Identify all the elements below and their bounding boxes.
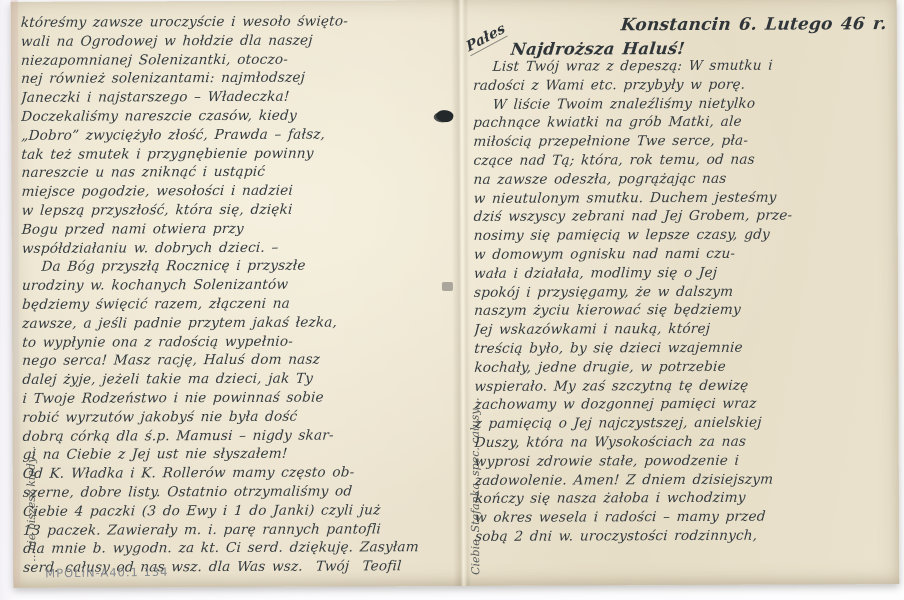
letter-line: miłością przepełnione Twe serce, pła- [473,131,894,152]
letter-line: tak też smutek i przygnębienie powinny [21,144,452,165]
letter-line: gi na Ciebie z Jej ust nie słyszałem! [22,444,453,465]
letter-line: nej również solenizantami: najmłodszej [20,68,451,89]
letter-line: sobą 2 dni w. uroczystości rodzinnych, [474,526,895,547]
letter-line: spokój i przysięgamy, że w dalszym [473,282,894,303]
letter-line: „Dobro” zwyciężyło złość, Prawda – fałsz… [21,125,452,146]
letter-line: w nieutulonym smutku. Duchem jesteśmy [473,188,894,209]
left-page-text-block: któreśmy zawsze uroczyście i wesoło świę… [21,12,453,578]
letter-line: zachowamy w dozgonnej pamięci wraz [474,394,895,415]
dateline: Konstancin 6. Lutego 46 r. [620,14,888,35]
letter-line: zadowolenie. Amen! Z dniem dzisiejszym [474,470,895,491]
letter-line: robić wyrzutów jakobyś nie była dość [22,407,453,428]
letter-line: 13 paczek. Zawierały m. i. parę rannych … [22,520,453,541]
diagonal-annotation: Pałes [464,20,508,56]
letter-line: wała i działała, modlimy się o Jej [473,263,894,284]
letter-line: to wypłynie ona z radością wypełnio- [22,332,453,353]
letter-line: Duszy, która na Wysokościach za nas [474,432,895,453]
right-margin-vertical-note: Ciebie, Stefanka, spec. całusy… [468,397,482,575]
letter-line: dziś wszyscy zebrani nad Jej Grobem, prz… [473,206,894,227]
letter-line: kończy się nasza żałoba i wchodzimy [474,488,895,509]
letter-line: Bogu przed nami otwiera przy [21,219,452,240]
letter-page-left: któreśmy zawsze uroczyście i wesoło świę… [21,0,454,588]
letter-line: któreśmy zawsze uroczyście i wesoło świę… [20,12,451,33]
left-margin-vertical-note: …nie piszesz kiedy… [25,446,39,562]
letter-line: Doczekaliśmy nareszcie czasów, kiedy [21,106,452,127]
letter-line: nosimy się pamięcią w lepsze czasy, gdy [473,225,894,246]
letter-line: dalej żyje, jeżeli takie ma dzieci, jak … [22,369,453,390]
salutation: Najdroższa Haluś! [510,39,686,59]
letter-line: szerne, dobre listy. Ostatnio otrzymaliś… [22,482,453,503]
letter-line: współdziałaniu w. dobrych dzieci. – [21,238,452,259]
letter-line: na zawsze odeszła, pogrążając nas [473,169,894,190]
letter-line: w lepszą przyszłość, która się, dzięki [21,200,452,221]
letter-line: naszym życiu kierować się będziemy [473,300,894,321]
letter-line: i Twoje Rodzeństwo i nie powinnaś sobie [22,388,453,409]
letter-line: radości z Wami etc. przybyły w porę. [472,75,893,96]
letter-line: Da Bóg przyszłą Rocznicę i przyszłe [21,256,452,277]
letter-line: niezapomnianej Solenizantki, otoczo- [20,50,451,71]
letter-line: Od K. Władka i K. Rollerów mamy często o… [22,463,453,484]
pencil-smudge [442,282,453,291]
letter-line: dobrą córką dla ś.p. Mamusi – nigdy skar… [22,426,453,447]
letter-line: Janeczki i najstarszego – Władeczka! [21,87,452,108]
letter-line: kochały, jedne drugie, w potrzebie [474,357,895,378]
letter-line: List Twój wraz z depeszą: W smutku i [472,56,893,77]
letter-line: z pamięcią o Jej najczystszej, anielskie… [474,413,895,434]
right-page-text-block: List Twój wraz z depeszą: W smutku irado… [473,56,895,547]
letter-line: dla mnie b. wygodn. za kt. Ci serd. dzię… [22,538,453,559]
letter-line: pachnące kwiatki na grób Matki, ale [473,112,894,133]
letter-line: nego serca! Masz rację, Haluś dom nasz [22,350,453,371]
letter-line: zawsze, a jeśli padnie przytem jakaś łez… [22,313,453,334]
letter-line: wali na Ogrodowej w hołdzie dla naszej [20,31,451,52]
letter-page-right: Konstancin 6. Lutego 46 r. Pałes Najdroż… [473,0,896,586]
letter-line: nareszcie u nas zniknąć i ustąpić [21,162,452,183]
letter-line: W liście Twoim znaleźliśmy nietylko [473,94,894,115]
letter-line: miejsce pogodzie, wesołości i nadziei [21,181,452,202]
letter-line: urodziny w. kochanych Solenizantów [21,275,452,296]
archive-reference-mark: MPOLIN-A40.1 134 [45,565,168,581]
letter-line: czące nad Tą; która, rok temu, od nas [473,150,894,171]
letter-line: będziemy święcić razem, złączeni na [21,294,452,315]
letter-line: w domowym ognisku nad nami czu- [473,244,894,265]
letter-line: wspierało. My zaś szczytną tę dewizę [474,376,895,397]
letter-line: wyprosi zdrowie stałe, powodzenie i [474,451,895,472]
letter-line: Ciebie 4 paczki (3 do Ewy i 1 do Janki) … [22,501,453,522]
letter-sheet: któreśmy zawsze uroczyście i wesoło świę… [11,0,900,588]
letter-line: Jej wskazówkami i nauką, której [474,319,895,340]
letter-line: treścią było, by się dzieci wzajemnie [474,338,895,359]
letter-line: w okres wesela i radości – mamy przed [474,507,895,528]
